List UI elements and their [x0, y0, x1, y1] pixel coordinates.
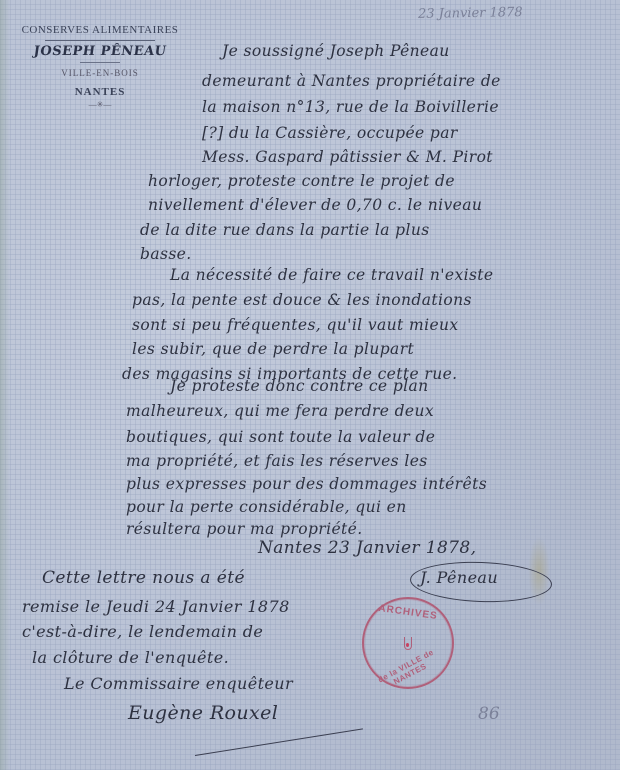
letter-line: nivellement d'élever de 0,70 c. le nivea… [148, 196, 482, 214]
folio-number: 86 [478, 704, 500, 724]
letter-line: plus expresses pour des dommages intérêt… [126, 475, 487, 493]
commissioner-signature: Eugène Rouxel [128, 702, 278, 724]
note-line: c'est-à-dire, le lendemain de [22, 622, 263, 641]
ornament-icon: —✳— [16, 100, 184, 109]
letter-line: la maison n°13, rue de la Boivillerie [202, 98, 499, 116]
stamp-emblem-icon [404, 637, 412, 650]
page-edge-shadow [0, 0, 10, 770]
letter-line: Mess. Gaspard pâtissier & M. Pirot [202, 148, 493, 166]
letter-line: boutiques, qui sont toute la valeur de [126, 428, 435, 446]
letterhead-location: VILLE-EN-BOIS [16, 68, 184, 78]
pencil-date-annotation: 23 Janvier 1878 [418, 5, 523, 22]
letterhead-city: NANTES [16, 86, 184, 98]
archives-stamp: ARCHIVES de la VILLE de NANTES [362, 597, 454, 689]
letter-line: La nécessité de faire ce travail n'exist… [170, 266, 494, 284]
note-line: la clôture de l'enquête. [32, 648, 229, 667]
letter-line: ma propriété, et fais les réserves les [126, 452, 428, 470]
letterhead-divider [45, 40, 155, 41]
letter-line: Je soussigné Joseph Pêneau [222, 42, 450, 60]
letterhead-divider-small [80, 62, 120, 63]
letterhead-name: JOSEPH PÊNEAU [15, 44, 185, 59]
letter-line: horloger, proteste contre le projet de [148, 172, 455, 190]
letterhead: CONSERVES ALIMENTAIRES JOSEPH PÊNEAU VIL… [16, 24, 184, 109]
letter-line: Je proteste donc contre ce plan [170, 377, 429, 395]
stamp-top-text: ARCHIVES [364, 601, 453, 624]
letter-line: résultera pour ma propriété. [126, 520, 363, 538]
signature-underline [195, 728, 363, 756]
letter-line: demeurant à Nantes propriétaire de [202, 72, 501, 90]
letter-line: malheureux, qui me fera perdre deux [126, 402, 434, 420]
signature: J. Pêneau [420, 568, 498, 587]
note-line: Le Commissaire enquêteur [64, 674, 293, 693]
letter-line: sont si peu fréquentes, qu'il vaut mieux [132, 316, 459, 334]
letter-line: les subir, que de perdre la plupart [132, 340, 414, 358]
letter-line: pour la perte considérable, qui en [126, 498, 407, 516]
letter-line: de la dite rue dans la partie la plus [140, 221, 430, 239]
letter-page: CONSERVES ALIMENTAIRES JOSEPH PÊNEAU VIL… [0, 0, 620, 770]
note-line: Cette lettre nous a été [42, 568, 245, 588]
note-line: remise le Jeudi 24 Janvier 1878 [22, 597, 290, 616]
letter-line: [?] du la Cassière, occupée par [202, 124, 458, 142]
letter-line: basse. [140, 245, 192, 263]
letterhead-business: CONSERVES ALIMENTAIRES [16, 24, 184, 36]
place-date: Nantes 23 Janvier 1878, [258, 538, 476, 558]
letter-line: pas, la pente est douce & les inondation… [132, 291, 472, 309]
